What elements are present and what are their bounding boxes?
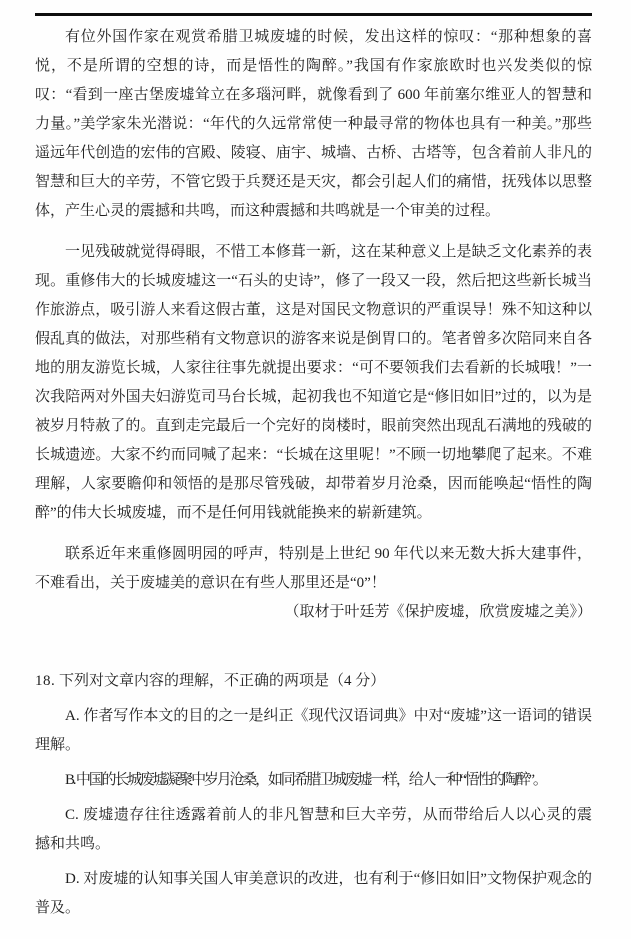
- option-c-text: 废墟遗存往往透露着前人的非凡智慧和巨大辛劳，从而带给后人以心灵的震撼和共鸣。: [35, 807, 592, 852]
- page-content: 有位外国作家在观赏希腊卫城废墟的时候，发出这样的惊叹：“那种想象的喜悦，不是所谓…: [35, 23, 592, 923]
- option-b: B. 中国的长城废墟凝聚中岁月沧桑，如同希腊卫城废墟一样，给人一种“悟性的陶醉”…: [35, 766, 592, 795]
- question-18: 18. 下列对文章内容的理解，不正确的两项是（4 分） A. 作者写作本文的目的…: [35, 667, 592, 923]
- option-a: A. 作者写作本文的目的之一是纠正《现代汉语词典》中对“废墟”这一语词的错误理解…: [35, 702, 592, 760]
- option-b-text: 中国的长城废墟凝聚中岁月沧桑，如同希腊卫城废墟一样，给人一种“悟性的陶醉”。: [76, 772, 546, 788]
- exam-page: 有位外国作家在观赏希腊卫城废墟的时候，发出这样的惊叹：“那种想象的喜悦，不是所谓…: [0, 0, 631, 939]
- question-stem-line: 18. 下列对文章内容的理解，不正确的两项是（4 分）: [35, 667, 592, 696]
- passage-paragraph-1: 有位外国作家在观赏希腊卫城废墟的时候，发出这样的惊叹：“那种想象的喜悦，不是所谓…: [35, 23, 592, 226]
- question-stem: 下列对文章内容的理解，不正确的两项是（4 分）: [59, 673, 385, 689]
- top-rule: [35, 13, 592, 16]
- option-c: C. 废墟遗存往往透露着前人的非凡智慧和巨大辛劳，从而带给后人以心灵的震撼和共鸣…: [35, 801, 592, 859]
- question-number: 18.: [35, 673, 55, 689]
- passage-paragraph-2: 一见残破就觉得碍眼，不惜工本修葺一新，这在某种意义上是缺乏文化素养的表现。重修伟…: [35, 238, 592, 528]
- reading-passage: 有位外国作家在观赏希腊卫城废墟的时候，发出这样的惊叹：“那种想象的喜悦，不是所谓…: [35, 23, 592, 627]
- option-d-text: 对废墟的认知事关国人审美意识的改进，也有利于“修旧如旧”文物保护观念的普及。: [35, 871, 592, 916]
- option-b-label: B.: [65, 772, 74, 788]
- passage-paragraph-3: 联系近年来重修圆明园的呼声，特别是上世纪 90 年代以来无数大拆大建事件，不难看…: [35, 540, 592, 598]
- option-a-text: 作者写作本文的目的之一是纠正《现代汉语词典》中对“废墟”这一语词的错误理解。: [35, 708, 592, 753]
- option-c-label: C.: [65, 807, 79, 823]
- option-d: D. 对废墟的认知事关国人审美意识的改进，也有利于“修旧如旧”文物保护观念的普及…: [35, 865, 592, 923]
- option-d-label: D.: [65, 871, 80, 887]
- option-a-label: A.: [65, 708, 80, 724]
- passage-attribution: （取材于叶廷芳《保护废墟，欣赏废墟之美》）: [35, 598, 592, 627]
